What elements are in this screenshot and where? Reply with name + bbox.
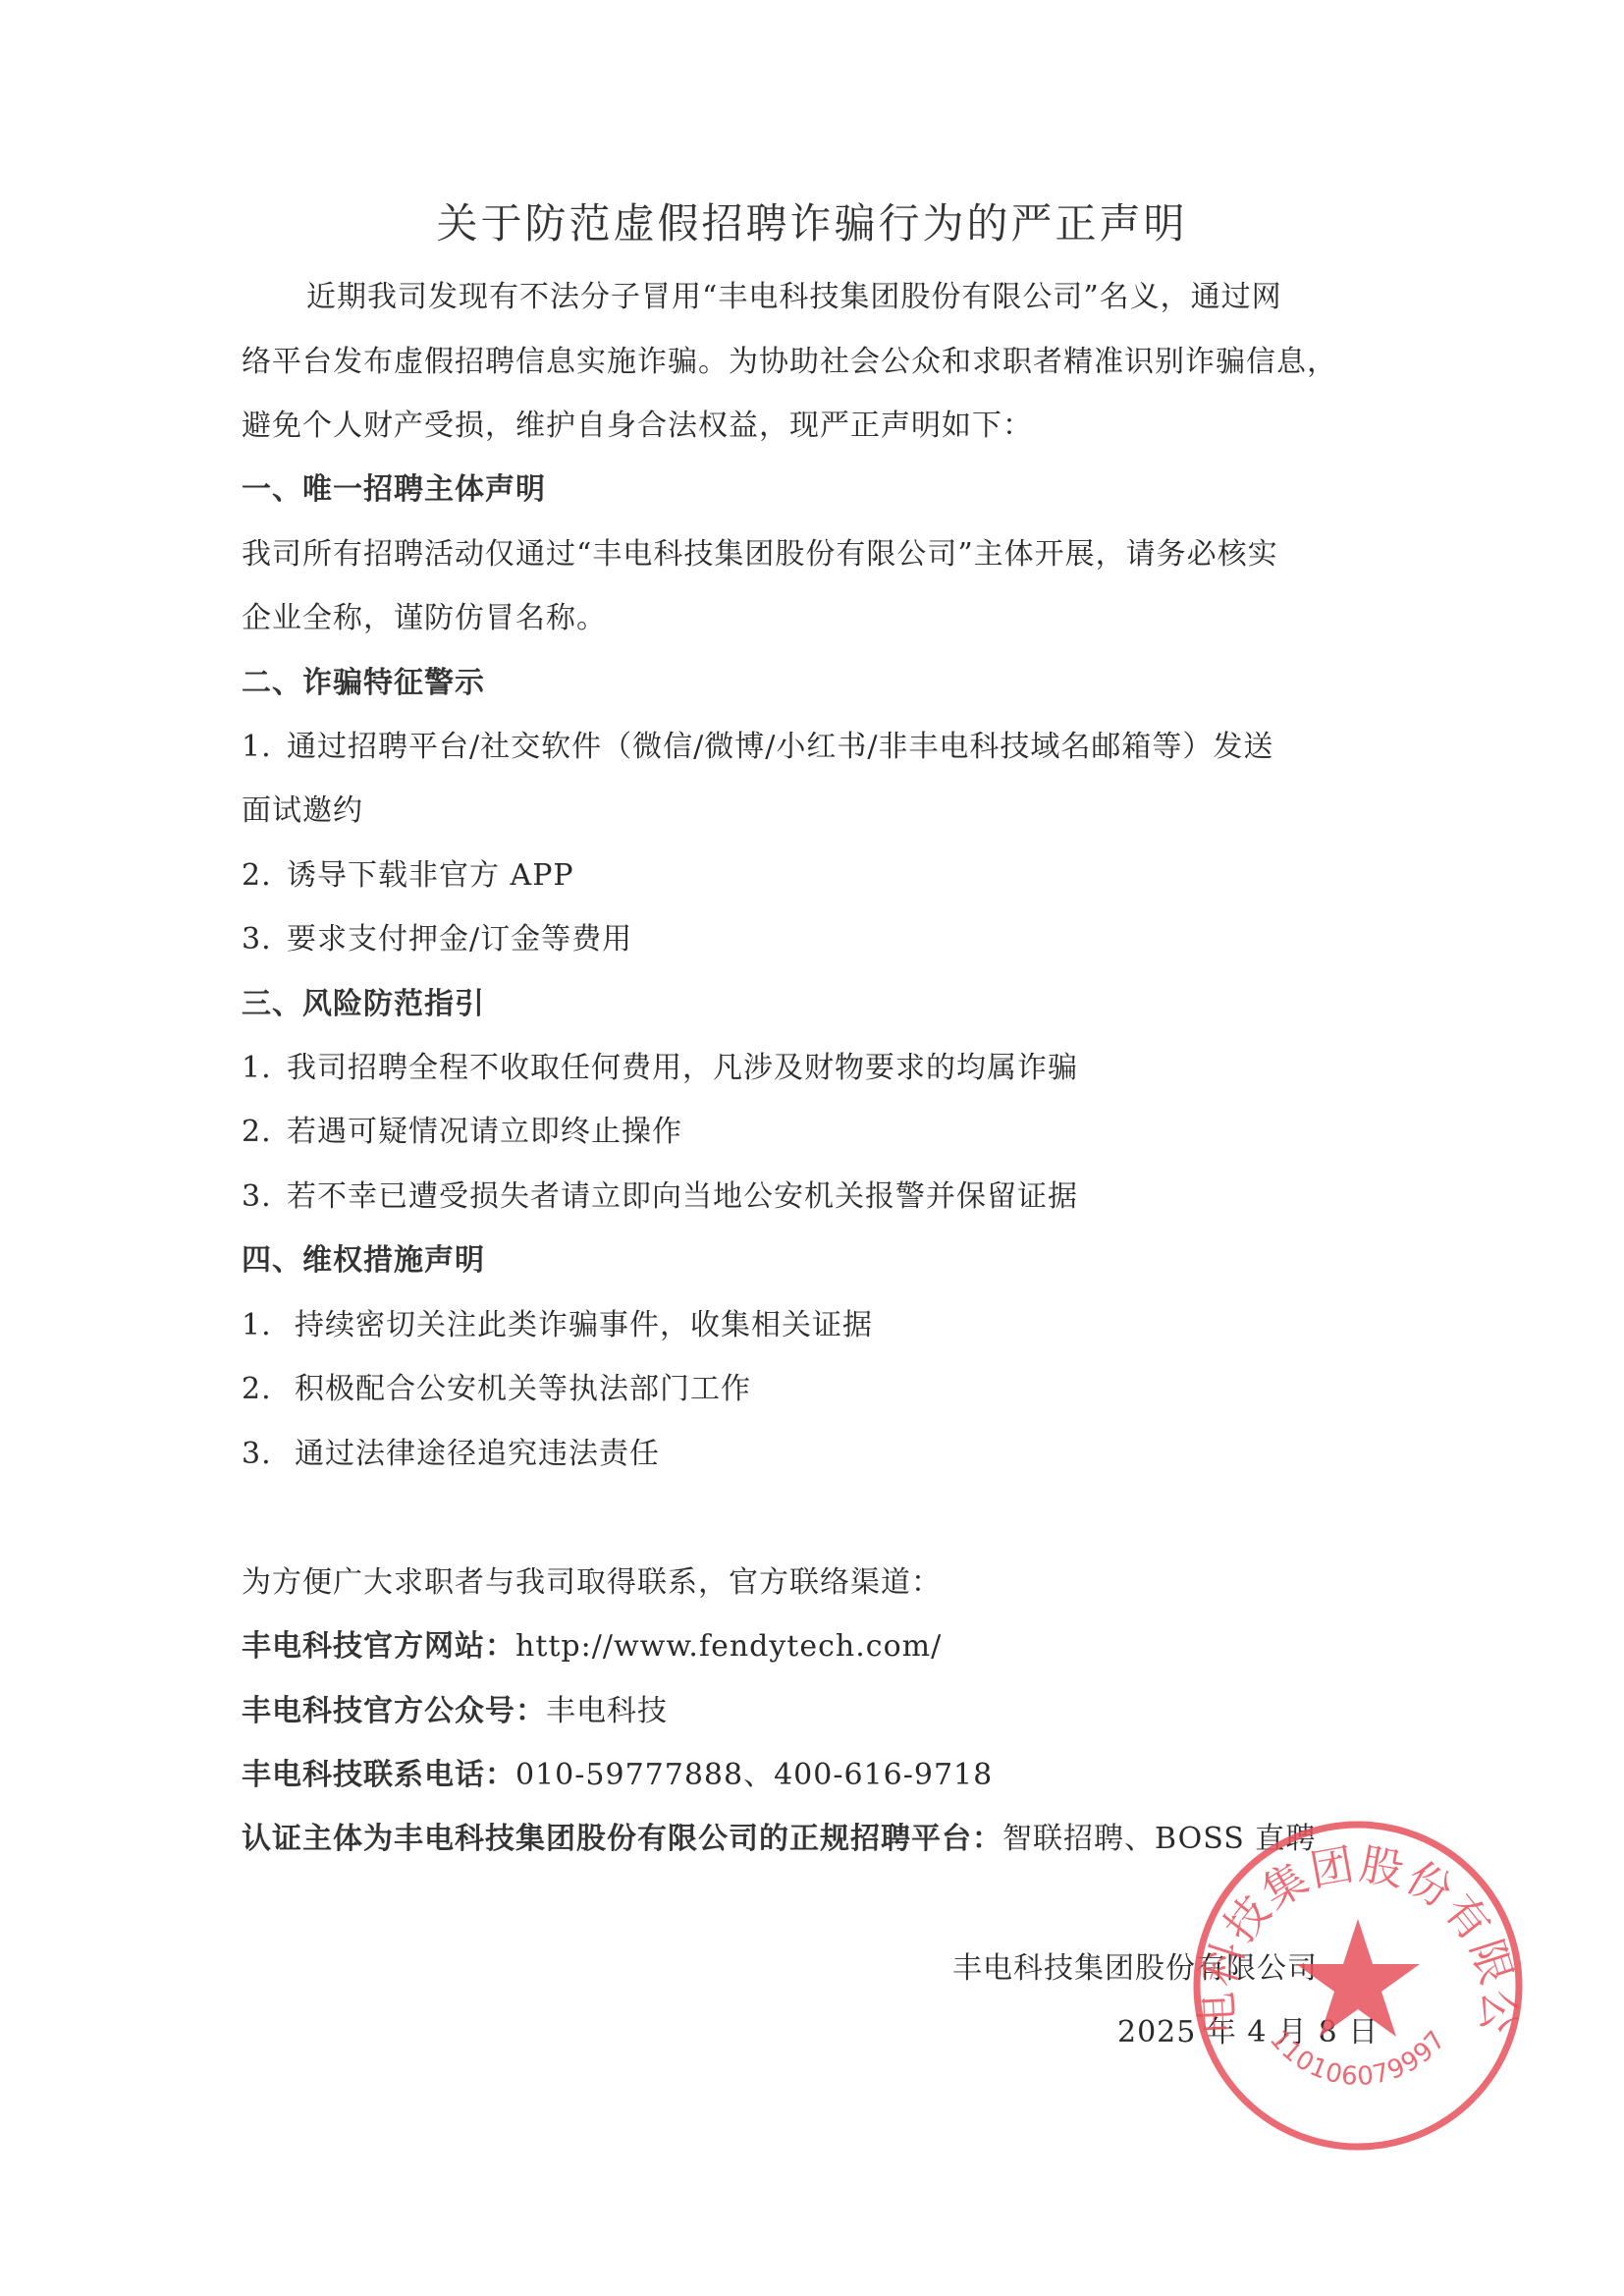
signature-date: 2025 年 4 月 8 日 (1117, 2013, 1379, 2052)
list-item-text: 要求支付押金/订金等费用 (287, 922, 632, 957)
section-3-item-1: 1.我司招聘全程不收取任何费用，凡涉及财物要求的均属诈骗 (242, 1049, 1078, 1088)
intro-line-2: 络平台发布虚假招聘信息实施诈骗。为协助社会公众和求职者精准识别诈骗信息， (242, 343, 1337, 382)
list-item-text: 持续密切关注此类诈骗事件，收集相关证据 (295, 1308, 873, 1342)
list-item-text: 我司招聘全程不收取任何费用，凡涉及财物要求的均属诈骗 (287, 1051, 1078, 1085)
list-item-text: 积极配合公安机关等执法部门工作 (295, 1372, 751, 1406)
wechat-value: 丰电科技 (546, 1694, 668, 1728)
section-3-item-2: 2.若遇可疑情况请立即终止操作 (242, 1113, 682, 1152)
contact-intro: 为方便广大求职者与我司取得联系，官方联络渠道： (242, 1563, 942, 1603)
list-number: 2. (242, 856, 287, 896)
section-2-item-1: 1.通过招聘平台/社交软件（微信/微博/小红书/非丰电科技域名邮箱等）发送 (242, 728, 1273, 767)
intro-line-1: 近期我司发现有不法分子冒用“丰电科技集团股份有限公司”名义，通过网 (306, 278, 1282, 317)
list-item-text: 通过法律途径追究违法责任 (295, 1437, 660, 1471)
list-item-text: 诱导下载非官方 APP (287, 858, 574, 893)
list-number: 1. (242, 1306, 295, 1345)
phone-value: 010-59777888、400-616-9718 (515, 1758, 993, 1792)
website-label: 丰电科技官方网站： (242, 1629, 515, 1664)
section-2-item-3: 3.要求支付押金/订金等费用 (242, 920, 632, 959)
signature-company: 丰电科技集团股份有限公司 (952, 1949, 1318, 1989)
section-1-body-line-1: 我司所有招聘活动仅通过“丰电科技集团股份有限公司”主体开展，请务必核实 (242, 535, 1278, 574)
list-number: 2. (242, 1113, 287, 1152)
section-3-item-3: 3.若不幸已遭受损失者请立即向当地公安机关报警并保留证据 (242, 1177, 1078, 1217)
phone-label: 丰电科技联系电话： (242, 1758, 515, 1792)
section-2-heading: 二、诈骗特征警示 (242, 664, 485, 703)
contact-website: 丰电科技官方网站：http://www.fendytech.com/ (242, 1627, 942, 1667)
list-number: 1. (242, 1049, 287, 1088)
list-number: 3. (242, 920, 287, 959)
section-4-item-1: 1.持续密切关注此类诈骗事件，收集相关证据 (242, 1306, 873, 1345)
section-4-item-3: 3.通过法律途径追究违法责任 (242, 1435, 660, 1474)
platform-label: 认证主体为丰电科技集团股份有限公司的正规招聘平台： (242, 1822, 1002, 1856)
platform-value: 智联招聘、BOSS 直聘 (1002, 1822, 1316, 1856)
list-item-text: 若遇可疑情况请立即终止操作 (287, 1115, 682, 1149)
contact-wechat: 丰电科技官方公众号：丰电科技 (242, 1692, 668, 1731)
contact-phone: 丰电科技联系电话：010-59777888、400-616-9718 (242, 1756, 993, 1795)
list-number: 2. (242, 1370, 295, 1409)
document-title: 关于防范虚假招聘诈骗行为的严正声明 (0, 198, 1624, 249)
section-2-item-2: 2.诱导下载非官方 APP (242, 856, 574, 896)
section-2-item-1-cont: 面试邀约 (242, 792, 363, 831)
list-item-text: 若不幸已遭受损失者请立即向当地公安机关报警并保留证据 (287, 1179, 1078, 1214)
intro-line-3: 避免个人财产受损，维护自身合法权益，现严正声明如下： (242, 407, 1033, 446)
section-3-heading: 三、风险防范指引 (242, 985, 485, 1024)
section-1-heading: 一、唯一招聘主体声明 (242, 470, 546, 510)
list-number: 1. (242, 728, 287, 767)
section-4-heading: 四、维权措施声明 (242, 1241, 485, 1281)
section-4-item-2: 2.积极配合公安机关等执法部门工作 (242, 1370, 751, 1409)
website-link[interactable]: http://www.fendytech.com/ (515, 1629, 942, 1664)
document-page: 关于防范虚假招聘诈骗行为的严正声明 近期我司发现有不法分子冒用“丰电科技集团股份… (0, 0, 1624, 2296)
contact-platforms: 认证主体为丰电科技集团股份有限公司的正规招聘平台：智联招聘、BOSS 直聘 (242, 1820, 1316, 1859)
list-number: 3. (242, 1177, 287, 1217)
wechat-label: 丰电科技官方公众号： (242, 1694, 546, 1728)
section-1-body-line-2: 企业全称，谨防仿冒名称。 (242, 599, 607, 638)
list-item-text: 通过招聘平台/社交软件（微信/微博/小红书/非丰电科技域名邮箱等）发送 (287, 730, 1273, 764)
list-number: 3. (242, 1435, 295, 1474)
